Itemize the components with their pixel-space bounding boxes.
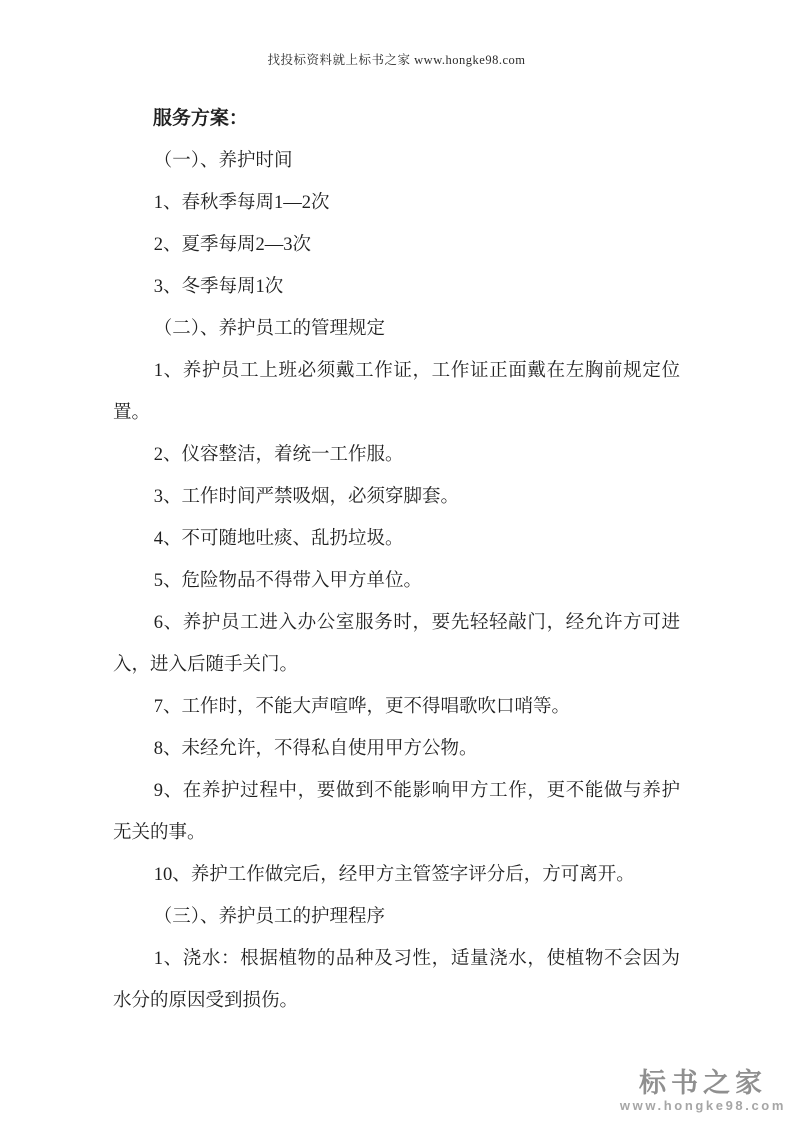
list-item: 1、养护员工上班必须戴工作证，工作证正面戴在左胸前规定位置。 xyxy=(113,350,680,434)
document-body: 服务方案： （一）、养护时间 1、春秋季每周1—2次 2、夏季每周2—3次 3、… xyxy=(113,98,680,1022)
footer-brand-url: www.hongke98.com xyxy=(620,1098,786,1114)
list-item: 2、夏季每周2—3次 xyxy=(113,224,680,266)
document-title: 服务方案： xyxy=(113,98,680,140)
list-item: 6、养护员工进入办公室服务时，要先轻轻敲门，经允许方可进入，进入后随手关门。 xyxy=(113,602,680,686)
document-page: 找投标资料就上标书之家 www.hongke98.com 服务方案： （一）、养… xyxy=(0,0,793,1122)
list-item: 4、不可随地吐痰、乱扔垃圾。 xyxy=(113,518,680,560)
header-watermark: 找投标资料就上标书之家 www.hongke98.com xyxy=(0,50,793,68)
list-item: 9、在养护过程中，要做到不能影响甲方工作，更不能做与养护无关的事。 xyxy=(113,770,680,854)
footer-logo: 标书之家 www.hongke98.com xyxy=(620,1068,786,1114)
list-item: 10、养护工作做完后，经甲方主管签字评分后，方可离开。 xyxy=(113,854,680,896)
list-item: 5、危险物品不得带入甲方单位。 xyxy=(113,560,680,602)
list-item: 3、工作时间严禁吸烟，必须穿脚套。 xyxy=(113,476,680,518)
list-item: 7、工作时，不能大声喧哗，更不得唱歌吹口哨等。 xyxy=(113,686,680,728)
section-heading: （一）、养护时间 xyxy=(113,140,680,182)
section-heading: （二）、养护员工的管理规定 xyxy=(113,308,680,350)
list-item: 2、仪容整洁，着统一工作服。 xyxy=(113,434,680,476)
list-item: 8、未经允许，不得私自使用甲方公物。 xyxy=(113,728,680,770)
list-item: 1、春秋季每周1—2次 xyxy=(113,182,680,224)
footer-brand-text: 标书之家 xyxy=(639,1068,767,1098)
section-heading: （三）、养护员工的护理程序 xyxy=(113,896,680,938)
list-item: 1、浇水：根据植物的品种及习性，适量浇水，使植物不会因为水分的原因受到损伤。 xyxy=(113,938,680,1022)
list-item: 3、冬季每周1次 xyxy=(113,266,680,308)
